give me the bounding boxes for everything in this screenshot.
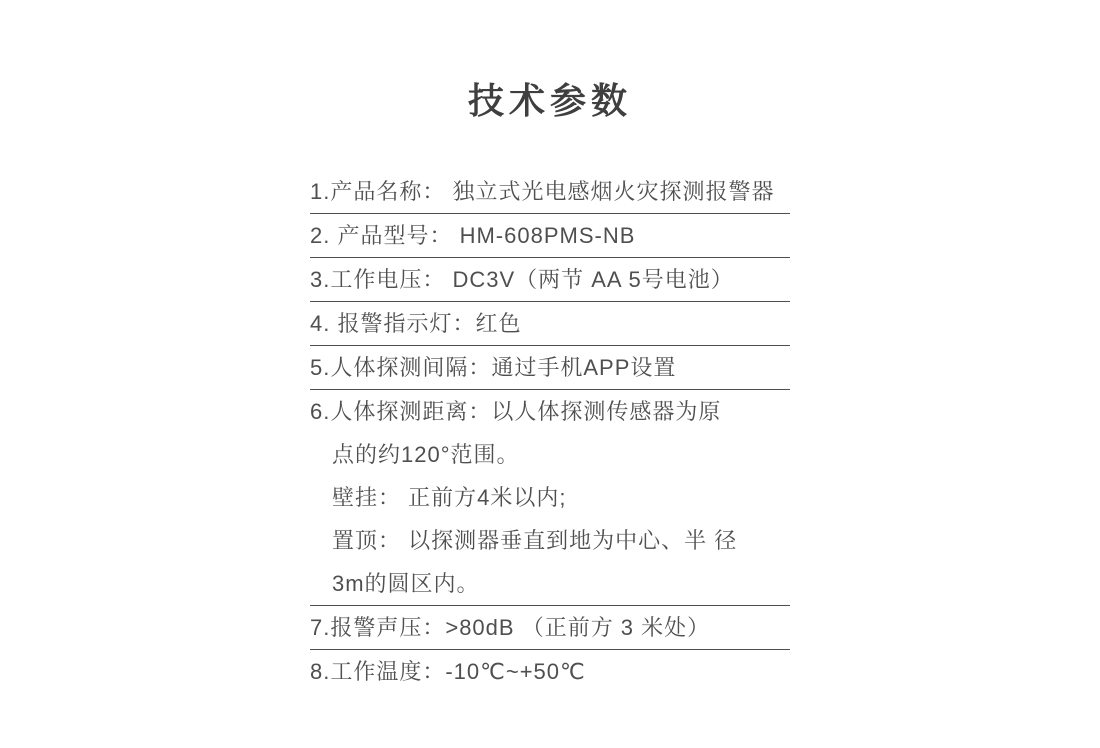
spec-text: 7.报警声压：>80dB （正前方 3 米处）: [310, 606, 790, 649]
spec-text: 点的约120°范围。: [310, 433, 790, 476]
spec-text: 壁挂： 正前方4米以内;: [310, 476, 790, 519]
spec-row-product-model: 2. 产品型号： HM-608PMS-NB: [310, 214, 790, 258]
spec-row-alarm-sound-pressure: 7.报警声压：>80dB （正前方 3 米处）: [310, 606, 790, 650]
page-title: 技术参数: [0, 0, 1100, 126]
spec-row-working-temperature: 8.工作温度：-10℃~+50℃: [310, 650, 790, 693]
spec-text: 3m的圆区内。: [310, 562, 790, 605]
spec-text: 5.人体探测间隔：通过手机APP设置: [310, 346, 790, 389]
spec-row-detection-interval: 5.人体探测间隔：通过手机APP设置: [310, 346, 790, 390]
spec-row-detection-distance: 6.人体探测距离：以人体探测传感器为原 点的约120°范围。 壁挂： 正前方4米…: [310, 390, 790, 606]
spec-text: 4. 报警指示灯：红色: [310, 302, 790, 345]
spec-text: 1.产品名称： 独立式光电感烟火灾探测报警器: [310, 170, 790, 213]
spec-list: 1.产品名称： 独立式光电感烟火灾探测报警器 2. 产品型号： HM-608PM…: [310, 170, 790, 693]
spec-text: 6.人体探测距离：以人体探测传感器为原: [310, 390, 790, 433]
spec-sheet-page: 技术参数 1.产品名称： 独立式光电感烟火灾探测报警器 2. 产品型号： HM-…: [0, 0, 1100, 748]
spec-text: 2. 产品型号： HM-608PMS-NB: [310, 214, 790, 257]
spec-text: 8.工作温度：-10℃~+50℃: [310, 650, 790, 693]
spec-text: 置顶： 以探测器垂直到地为中心、半 径: [310, 519, 790, 562]
spec-row-alarm-indicator: 4. 报警指示灯：红色: [310, 302, 790, 346]
spec-row-product-name: 1.产品名称： 独立式光电感烟火灾探测报警器: [310, 170, 790, 214]
spec-text: 3.工作电压： DC3V（两节 AA 5号电池）: [310, 258, 790, 301]
spec-row-working-voltage: 3.工作电压： DC3V（两节 AA 5号电池）: [310, 258, 790, 302]
